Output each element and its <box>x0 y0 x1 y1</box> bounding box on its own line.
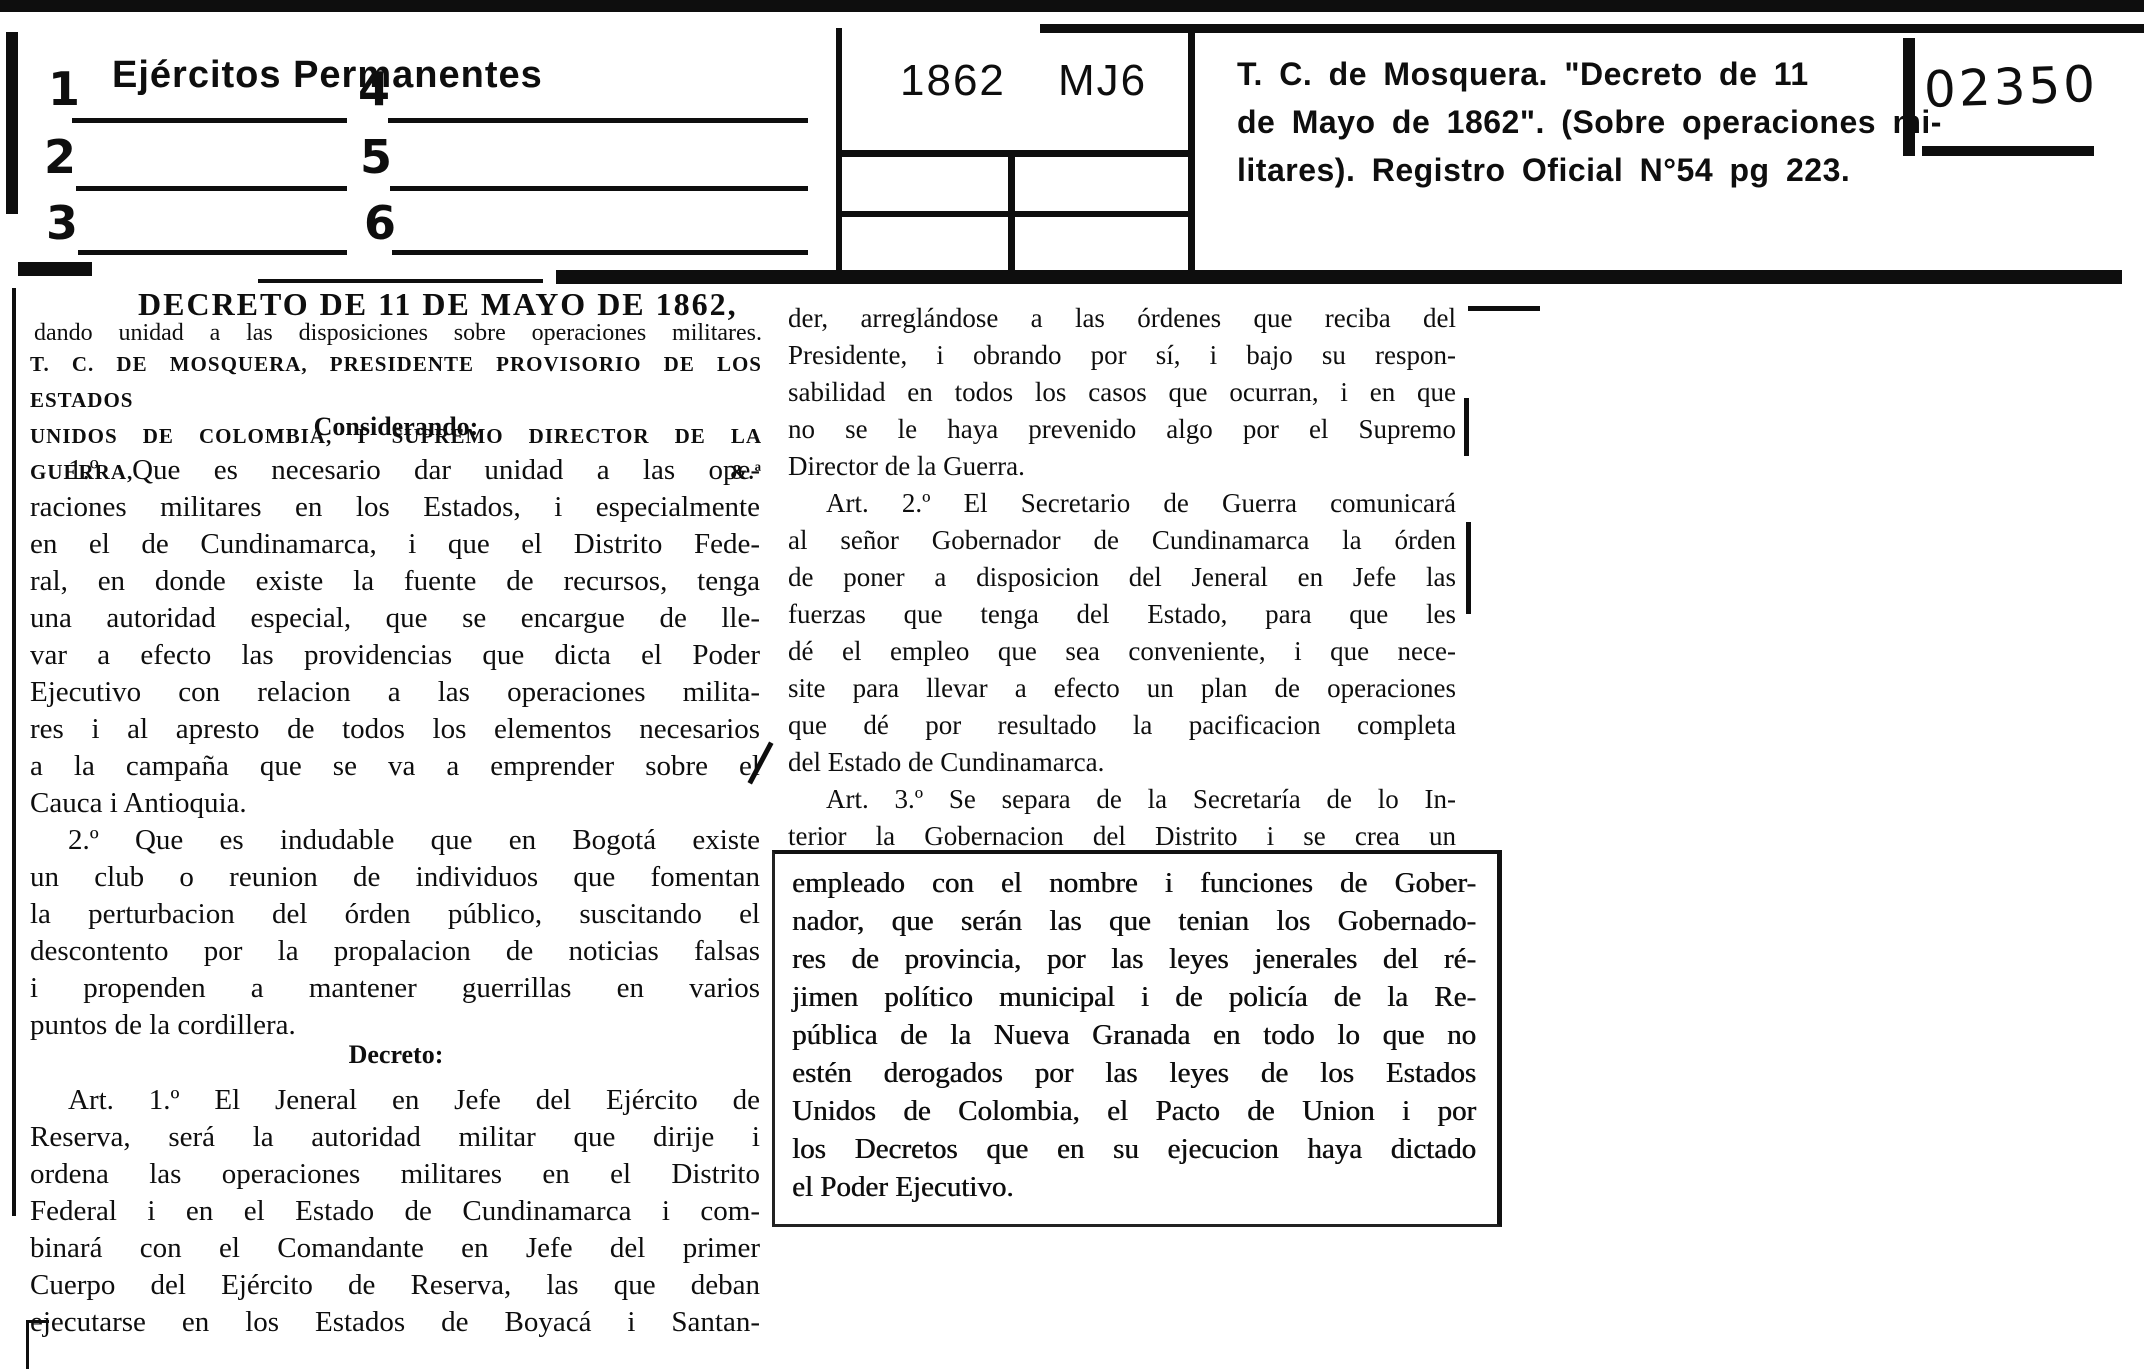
page-corner-bracket <box>26 1320 49 1369</box>
text-line: var a efecto las providencias que dicta … <box>30 637 760 674</box>
text-line: T. C. DE MOSQUERA, PRESIDENTE PROVISORIO… <box>30 346 762 418</box>
text-line: a la campaña que se va a emprender sobre… <box>30 748 760 785</box>
considerando-heading: Considerando: <box>30 412 762 442</box>
text-line: la perturbacion del órden público, susci… <box>30 896 760 933</box>
field-number-3: 3 <box>46 196 78 250</box>
text-line: sabilidad en todos los casos que ocurran… <box>788 374 1456 411</box>
typed-citation: T. C. de Mosquera. "Decreto de 11de Mayo… <box>1237 50 1937 194</box>
text-line: Cuerpo del Ejército de Reserva, las que … <box>30 1267 760 1304</box>
text-line: 1.º Que es necesario dar unidad a las op… <box>30 452 760 489</box>
field-line-1 <box>72 118 347 123</box>
text-line: en el de Cundinamarca, i que el Distrito… <box>30 526 760 563</box>
left-column-article-1: Art. 1.º El Jeneral en Jefe del Ejército… <box>30 1082 760 1341</box>
text-line: jimen político municipal i de policía de… <box>792 978 1476 1016</box>
accession-underline <box>1922 146 2094 156</box>
field-line-6 <box>392 250 808 255</box>
text-line: Cauca i Antioquia. <box>30 785 760 822</box>
clipping-left-edge <box>12 288 16 1216</box>
text-line: Art. 2.º El Secretario de Guerra comunic… <box>788 485 1456 522</box>
text-line: Federal i en el Estado de Cundinamarca i… <box>30 1193 760 1230</box>
top-rule-right-segment <box>1040 24 2144 33</box>
text-line: binará con el Comandante en Jefe del pri… <box>30 1230 760 1267</box>
field-number-2: 2 <box>44 130 76 184</box>
text-line: res i al apresto de todos los elementos … <box>30 711 760 748</box>
text-line: el Poder Ejecutivo. <box>792 1168 1476 1206</box>
text-line: puntos de la cordillera. <box>30 1007 760 1044</box>
right-column-text: der, arreglándose a las órdenes que reci… <box>788 300 1456 855</box>
text-line: una autoridad especial, que se encargue … <box>30 600 760 637</box>
text-line: Art. 1.º El Jeneral en Jefe del Ejército… <box>30 1082 760 1119</box>
right-edge-tick-1 <box>1464 398 1469 456</box>
text-line: Reserva, será la autoridad militar que d… <box>30 1119 760 1156</box>
text-line: dé el empleo que sea conveniente, i que … <box>788 633 1456 670</box>
card-left-border <box>6 32 18 214</box>
year-value: 1862 <box>900 56 1006 106</box>
text-line: ejecutarse en los Estados de Boyacá i Sa… <box>30 1304 760 1341</box>
text-line: Ejecutivo con relacion a las operaciones… <box>30 674 760 711</box>
boundary-heavy-rule <box>556 270 2122 284</box>
text-line: ral, en donde existe la fuente de recurs… <box>30 563 760 600</box>
text-line: i propenden a mantener guerrillas en var… <box>30 970 760 1007</box>
text-line: Presidente, i obrando por sí, i bajo su … <box>788 337 1456 374</box>
text-line: res de provincia, por las leyes jenerale… <box>792 940 1476 978</box>
text-line: ordena las operaciones militares en el D… <box>30 1156 760 1193</box>
text-line: de poner a disposicion del Jeneral en Je… <box>788 559 1456 596</box>
accession-number: 02350 <box>1923 55 2099 119</box>
field-line-3 <box>78 250 347 255</box>
text-line: no se le haya prevenido algo por el Supr… <box>788 411 1456 448</box>
text-line: fuerzas que tenga del Estado, para que l… <box>788 596 1456 633</box>
top-rule-thick <box>0 0 2144 12</box>
text-line: un club o reunion de individuos que fome… <box>30 859 760 896</box>
text-line: de Mayo de 1862". (Sobre operaciones mi- <box>1237 98 1937 146</box>
text-line: al señor Gobernador de Cundinamarca la ó… <box>788 522 1456 559</box>
text-line: Art. 3.º Se separa de la Secretaría de l… <box>788 781 1456 818</box>
right-edge-dash <box>1468 306 1540 311</box>
text-line: del Estado de Cundinamarca. <box>788 744 1456 781</box>
field-number-6: 6 <box>364 196 396 250</box>
decree-title: DECRETO DE 11 DE MAYO DE 1862, <box>138 286 708 323</box>
boundary-thin-rule <box>258 279 543 283</box>
boxed-clipping-text: empleado con el nombre i funciones de Go… <box>792 864 1476 1206</box>
text-line: pública de la Nueva Granada en todo lo q… <box>792 1016 1476 1054</box>
text-line: Director de la Guerra. <box>788 448 1456 485</box>
text-line: que dé por resultado la pacificacion com… <box>788 707 1456 744</box>
accession-left-bar <box>1903 38 1915 156</box>
field-line-5 <box>390 186 808 191</box>
left-column-considerations: 1.º Que es necesario dar unidad a las op… <box>30 452 760 1044</box>
text-line: litares). Registro Oficial N°54 pg 223. <box>1237 146 1937 194</box>
decree-subtitle: dando unidad a las disposiciones sobre o… <box>34 320 762 347</box>
date-box-hline-1 <box>836 150 1195 157</box>
text-line: estén derogados por las leyes de los Est… <box>792 1054 1476 1092</box>
date-box-hline-2 <box>836 211 1195 217</box>
text-line: der, arreglándose a las órdenes que reci… <box>788 300 1456 337</box>
corner-dot <box>2114 26 2120 32</box>
text-line: nador, que serán las que tenian los Gobe… <box>792 902 1476 940</box>
date-box-mid-divider <box>1008 150 1015 280</box>
decreto-heading: Decreto: <box>30 1040 762 1070</box>
text-line: empleado con el nombre i funciones de Go… <box>792 864 1476 902</box>
field-number-5: 5 <box>360 130 392 184</box>
text-line: 2.º Que es indudable que en Bogotá exist… <box>30 822 760 859</box>
field-line-2 <box>76 186 347 191</box>
text-line: raciones militares en los Estados, i esp… <box>30 489 760 526</box>
classification-code: MJ6 <box>1058 56 1147 106</box>
right-edge-tick-2 <box>1466 522 1471 614</box>
text-line: site para llevar a efecto un plan de ope… <box>788 670 1456 707</box>
text-line: los Decretos que en su ejecucion haya di… <box>792 1130 1476 1168</box>
text-line: Unidos de Colombia, el Pacto de Union i … <box>792 1092 1476 1130</box>
scanned-archive-card: 1 2 3 4 5 6 Ejércitos Permanentes 1862 M… <box>0 0 2144 1369</box>
field-line-4 <box>388 118 808 123</box>
text-line: T. C. de Mosquera. "Decreto de 11 <box>1237 50 1937 98</box>
subject-heading: Ejércitos Permanentes <box>112 54 543 97</box>
text-line: descontento por la propalacion de notici… <box>30 933 760 970</box>
field-number-1: 1 <box>48 62 80 116</box>
corner-mark <box>2096 6 2126 12</box>
left-ink-dash <box>18 262 92 276</box>
